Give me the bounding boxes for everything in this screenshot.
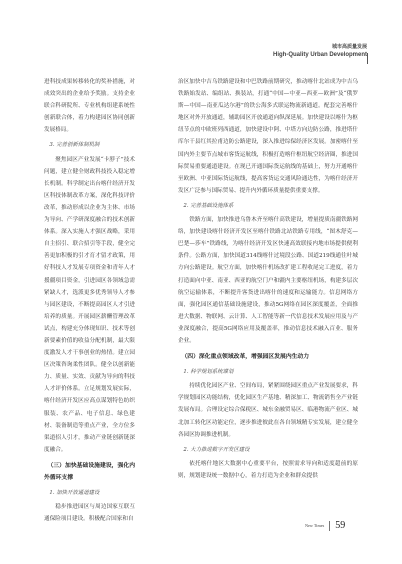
running-header: 城市高质量发展 High-Quality Urban Development: [273, 44, 367, 59]
right-column: 治区加快中吉乌铁路建设和中巴铁路前期研究，推动喀什北站成为中吉乌铁路始发站、编组…: [178, 76, 358, 482]
footer-divider: [329, 521, 330, 531]
paragraph: 聚焦园区产业发展“卡脖子”技术问题，建立健全财政科技投入稳定增长机制。科学制定出…: [44, 154, 135, 456]
page-number: 59: [335, 520, 345, 531]
section-heading: （三）加快基础设施建设，强化内外循环支撑: [44, 460, 135, 484]
subsection-heading: 3. 完善创新体制机制: [44, 139, 135, 151]
paragraph: 铁路方面，加快推进乌鲁木齐至喀什高铁建设，增量提质南疆铁路网络，加快建设喀什经济…: [178, 214, 358, 347]
left-column: 进科技成果转移转化的奖补措施，对成效突出的企业给予奖励。支持企业联合科研院所、专…: [44, 76, 135, 525]
paragraph: 治区加快中吉乌铁路建设和中巴铁路前期研究，推动喀什北站成为中吉乌铁路始发站、编组…: [178, 76, 358, 197]
subsection-heading: 1. 科学规划系统谋划: [178, 366, 358, 378]
subsection-heading: 1. 加快开放通道建设: [44, 487, 135, 499]
subsection-heading: 2. 完善基础设施体系: [178, 200, 358, 212]
magazine-name: New Times: [305, 523, 324, 528]
paragraph: 依托喀什地区大数据中心重要平台，按照需求导向和适度超前的原则，规划建设统一数据中…: [178, 458, 358, 482]
section-heading: （四）深化重点领域改革，增强园区发展内生动力: [178, 351, 358, 363]
paragraph: 持续优化园区产业、空间布局，紧紧围绕园区重点产业发展要求，科学规划园区功能结构，…: [178, 380, 358, 440]
paragraph: 稳步推进园区与周边国家互联互通保险项目建设。积极配合国家和自: [44, 501, 135, 525]
header-en-title: High-Quality Urban Development: [273, 51, 367, 59]
header-divider: [367, 53, 368, 64]
subsection-heading: 2. 大力推进数字开发区建设: [178, 444, 358, 456]
header-cn-title: 城市高质量发展: [273, 44, 367, 51]
paragraph: 进科技成果转移转化的奖补措施，对成效突出的企业给予奖励。支持企业联合科研院所、专…: [44, 76, 135, 136]
page-footer: New Times 59: [305, 520, 345, 531]
